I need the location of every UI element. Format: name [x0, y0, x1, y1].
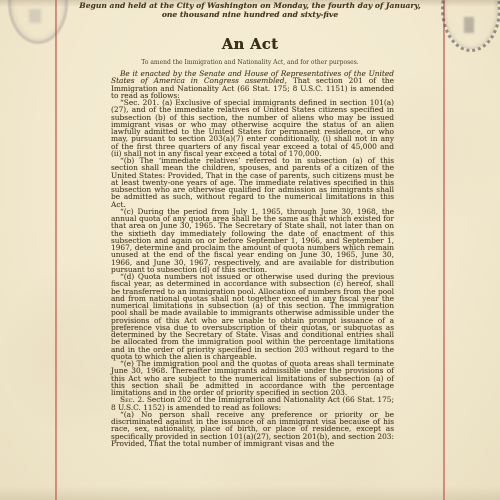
statute-section-2: Sec. 2. Section 202 of the Immigration a…	[111, 396, 394, 411]
statute-paragraph-201c: “(c) During the period from July 1, 1965…	[111, 208, 394, 273]
margin-rule-left	[55, 0, 57, 500]
act-subtitle: To amend the Immigration and Nationality…	[90, 59, 410, 66]
statute-paragraph-201b: “(b) The ‘immediate relatives’ referred …	[111, 157, 394, 208]
margin-rule-right	[443, 0, 445, 500]
statute-paragraph-201a: “Sec. 201. (a) Exclusive of special immi…	[111, 99, 394, 157]
enacting-clause: Be it enacted by the Senate and House of…	[111, 70, 394, 99]
act-heading: An Act	[60, 36, 440, 53]
document-page: Begun and held at the City of Washington…	[0, 0, 500, 500]
statute-body: Be it enacted by the Senate and House of…	[111, 70, 394, 447]
statute-paragraph-202a: “(a) No person shall receive any prefere…	[111, 411, 394, 447]
statute-paragraph-201d: “(d) Quota numbers not issued or otherwi…	[111, 273, 394, 360]
statute-paragraph-201e: “(e) The immigration pool and the quotas…	[111, 360, 394, 396]
convening-line-2: one thousand nine hundred and sixty-five	[60, 11, 440, 20]
